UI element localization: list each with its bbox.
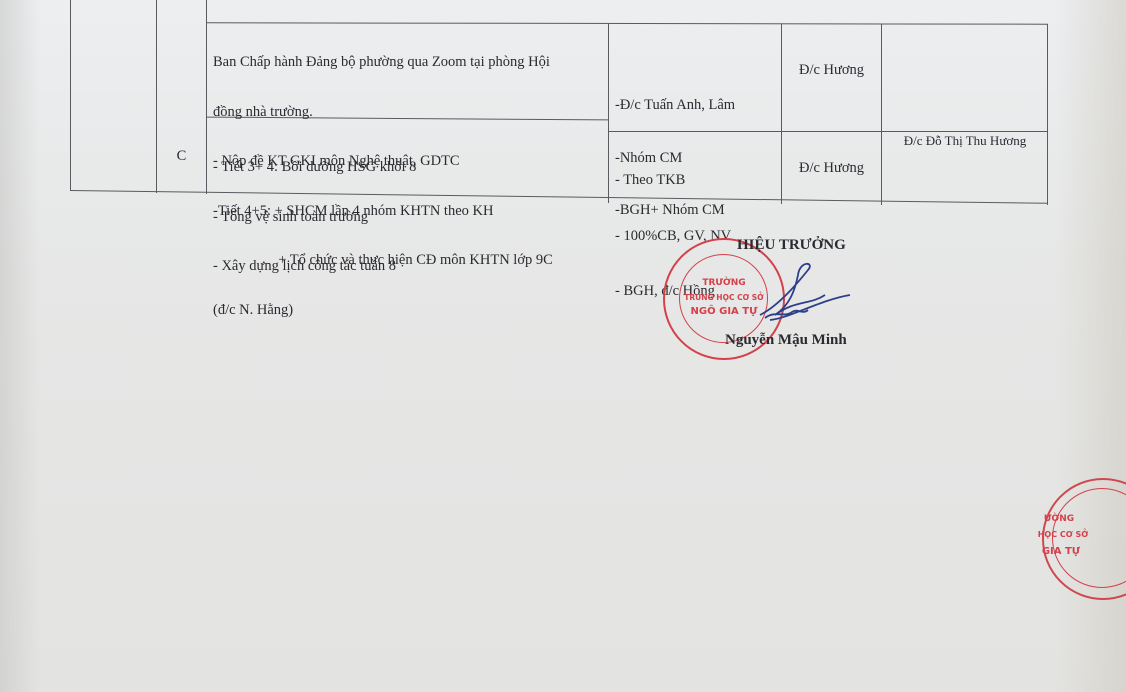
signature-scribble (740, 260, 870, 330)
participant-line: -Đ/c Tuấn Anh, Lâm (615, 97, 735, 115)
row2-on-duty: Đ/c Đỗ Thị Thu Hương (883, 133, 1047, 150)
content-line: Ban Chấp hành Đảng bộ phường qua Zoom tạ… (213, 54, 553, 71)
content-line: - Xây dựng lịch công tác tuần 8 (213, 258, 416, 275)
participant-line: - Theo TKB (615, 171, 731, 190)
content-line: - Tiết 3+ 4: Bồi dưỡng HSG khối 8 (213, 159, 416, 176)
principal-name: Nguyễn Mậu Minh (725, 332, 847, 349)
row2-responsible: Đ/c Hương (782, 160, 881, 177)
edge-stamp-line-2: HỌC CƠ SỞ (1004, 530, 1122, 539)
edge-stamp: ƯỜNG HỌC CƠ SỞ GIA TỰ (1042, 478, 1126, 600)
signature-title: HIỆU TRƯỞNG (737, 237, 846, 254)
edge-stamp-line-3: GIA TỰ (1002, 546, 1120, 557)
row2-content: - Tiết 3+ 4: Bồi dưỡng HSG khối 8 - Tổng… (213, 126, 416, 308)
page-shadow-left (0, 0, 40, 692)
edge-stamp-line-1: ƯỜNG (1000, 514, 1118, 524)
content-line: - Tổng vệ sinh toàn trường (213, 209, 416, 226)
row2-session: C (157, 148, 206, 165)
row1-responsible: Đ/c Hương (782, 62, 881, 79)
content-line: đồng nhà trường. (213, 104, 553, 121)
